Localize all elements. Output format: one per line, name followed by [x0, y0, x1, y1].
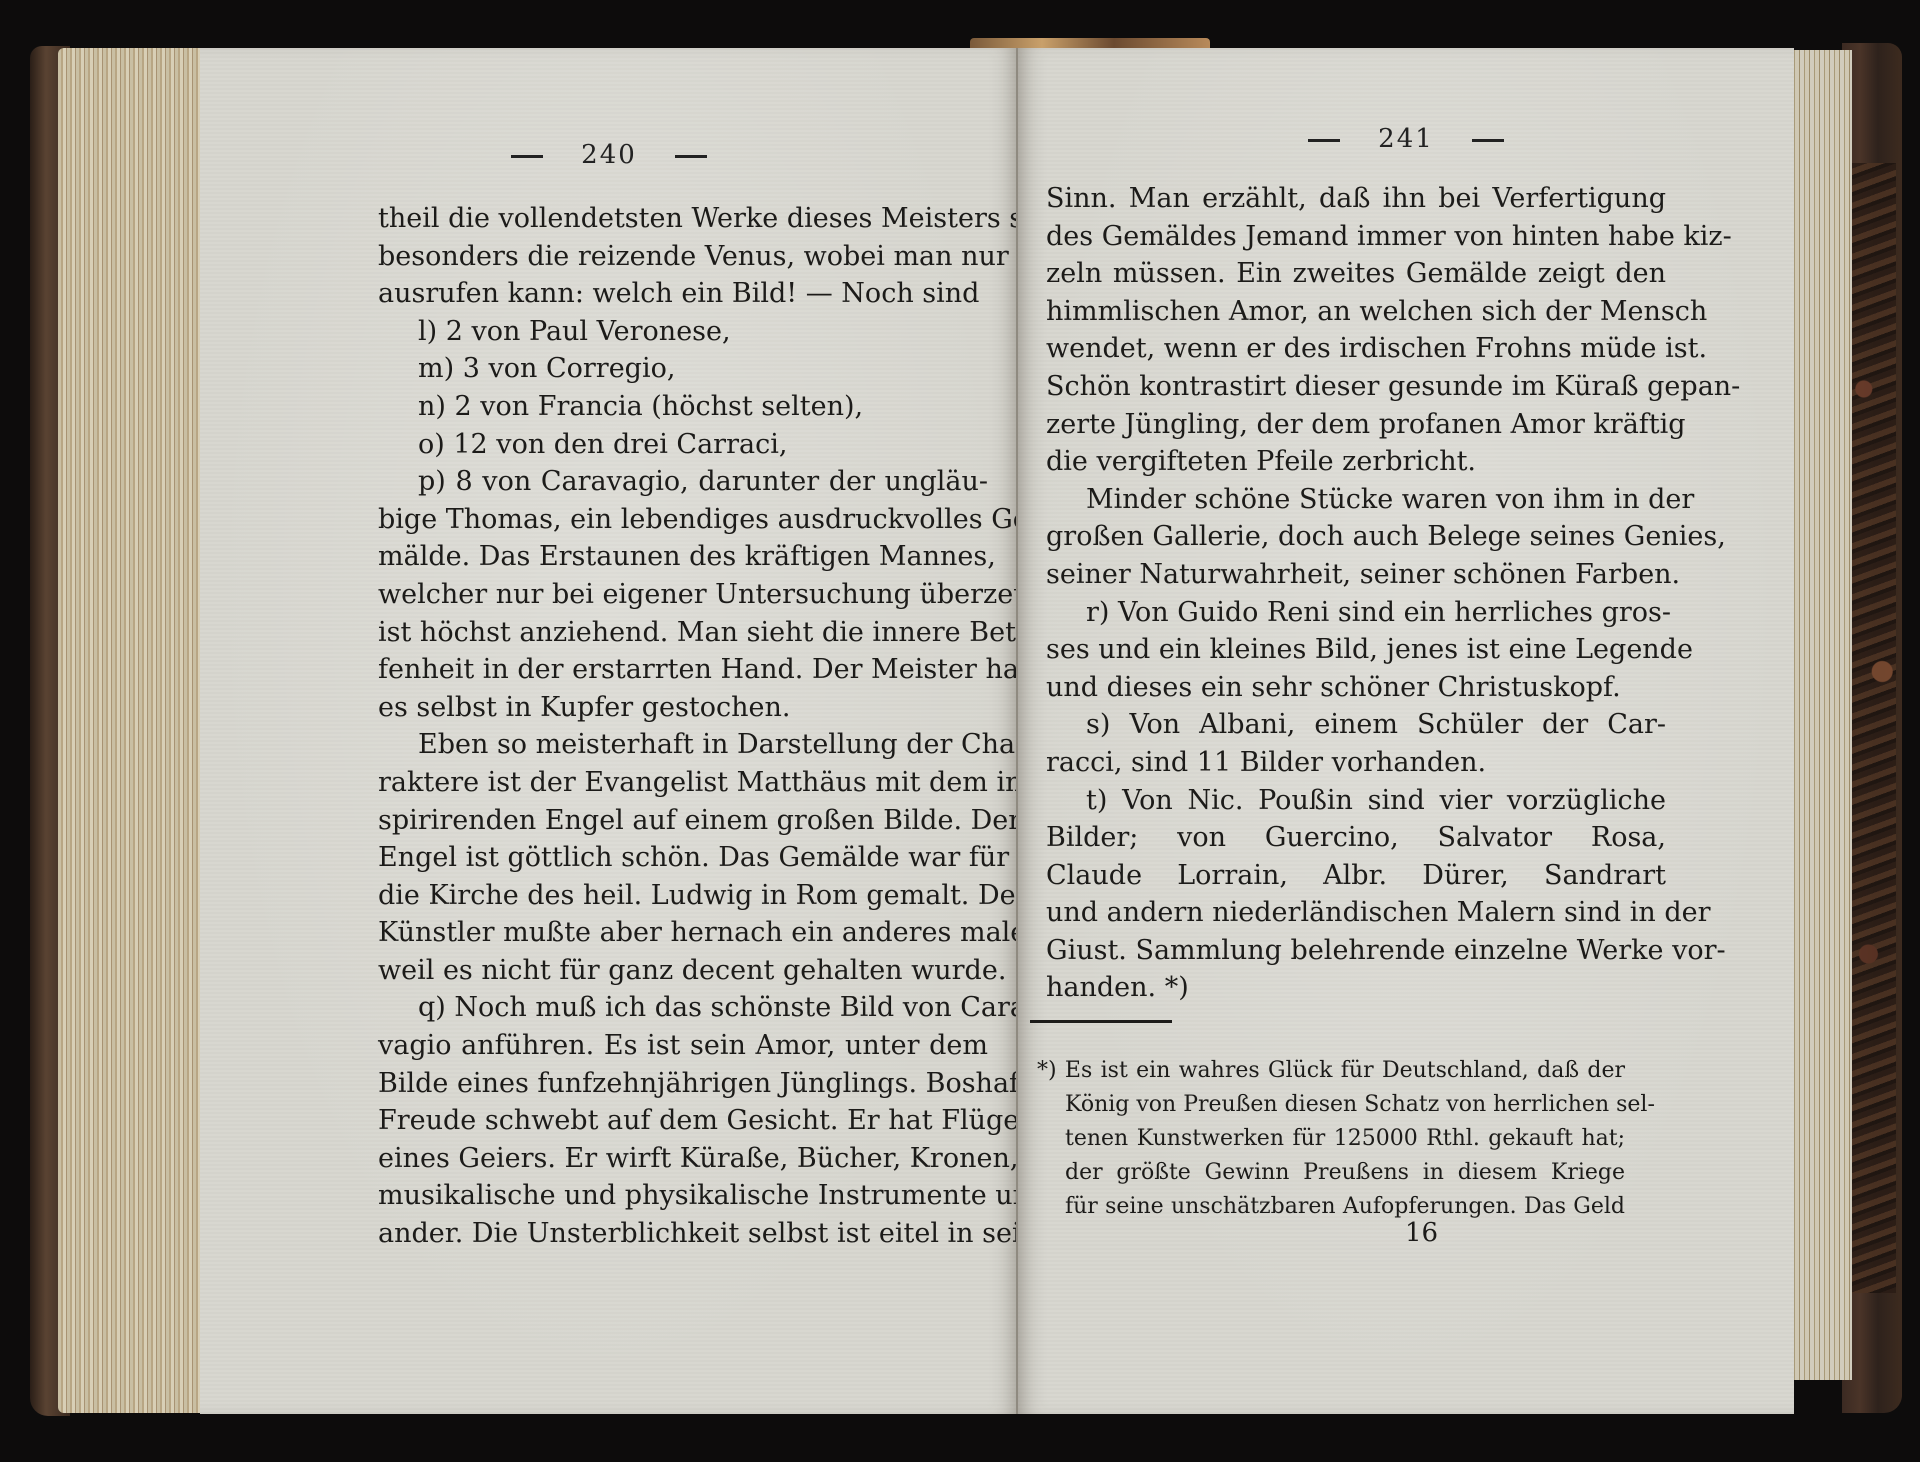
text-line: Künstler mußte aber hernach ein anderes … — [378, 914, 988, 952]
text-line: Claude Lorrain, Albr. Dürer, Sandrart — [1046, 857, 1666, 895]
text-line: Schön kontrastirt dieser gesunde im Küra… — [1046, 368, 1666, 406]
text-line: es selbst in Kupfer gestochen. — [378, 689, 988, 727]
list-item-r: r) Von Guido Reni sind ein herrliches gr… — [1046, 594, 1666, 632]
folio-dash — [511, 155, 543, 158]
text-line: Giust. Sammlung belehrende einzelne Werk… — [1046, 932, 1666, 970]
text-line: und andern niederländischen Malern sind … — [1046, 894, 1666, 932]
left-page-body: theil die vollendetsten Werke dieses Mei… — [378, 200, 988, 1253]
text-line: eines Geiers. Er wirft Küraße, Bücher, K… — [378, 1140, 988, 1178]
text-line: weil es nicht für ganz decent gehalten w… — [378, 952, 988, 990]
footnote-line: der größte Gewinn Preußens in diesem Kri… — [1037, 1156, 1625, 1190]
list-item-p: p) 8 von Caravagio, darunter der ungläu- — [378, 463, 988, 501]
footnote-rule — [1030, 1020, 1172, 1023]
signature-mark: 16 — [1405, 1218, 1438, 1248]
text-line: des Gemäldes Jemand immer von hinten hab… — [1046, 218, 1666, 256]
text-line: zeln müssen. Ein zweites Gemälde zeigt d… — [1046, 255, 1666, 293]
text-line: Engel ist göttlich schön. Das Gemälde wa… — [378, 839, 988, 877]
list-item-s: s) Von Albani, einem Schüler der Car- — [1046, 706, 1666, 744]
text-line: vagio anführen. Es ist sein Amor, unter … — [378, 1027, 988, 1065]
folio-dash — [1308, 139, 1340, 142]
text-line: handen. *) — [1046, 969, 1666, 1007]
text-line: die Kirche des heil. Ludwig in Rom gemal… — [378, 877, 988, 915]
text-line: Freude schwebt auf dem Gesicht. Er hat F… — [378, 1102, 988, 1140]
text-line: welcher nur bei eigener Untersuchung übe… — [378, 576, 988, 614]
text-line: wendet, wenn er des irdischen Frohns müd… — [1046, 330, 1666, 368]
folio-dash — [1472, 139, 1504, 142]
marbled-board — [1850, 163, 1896, 1293]
folio-dash — [675, 155, 707, 158]
text-line: ander. Die Unsterblichkeit selbst ist ei… — [378, 1215, 988, 1253]
page-number-right: 241 — [1018, 124, 1794, 154]
text-line: seiner Naturwahrheit, seiner schönen Far… — [1046, 556, 1666, 594]
footnote-line: tenen Kunstwerken für 125000 Rthl. gekau… — [1037, 1122, 1625, 1156]
left-page: 240 theil die vollendetsten Werke dieses… — [200, 48, 1018, 1414]
text-line: Bilder; von Guercino, Salvator Rosa, — [1046, 819, 1666, 857]
right-page-block-edge — [1790, 50, 1852, 1380]
page-number-left: 240 — [200, 140, 1018, 170]
text-line: racci, sind 11 Bilder vorhanden. — [1046, 744, 1666, 782]
list-item-m: m) 3 von Corregio, — [378, 350, 988, 388]
text-line: ses und ein kleines Bild, jenes ist eine… — [1046, 631, 1666, 669]
text-line: musikalische und physikalische Instrumen… — [378, 1177, 988, 1215]
text-line: theil die vollendetsten Werke dieses Mei… — [378, 200, 988, 238]
text-line: ausrufen kann: welch ein Bild! — Noch si… — [378, 275, 988, 313]
list-item-q: q) Noch muß ich das schönste Bild von Ca… — [378, 989, 988, 1027]
text-line: zerte Jüngling, der dem profanen Amor kr… — [1046, 406, 1666, 444]
text-line: Bilde eines funfzehnjährigen Jünglings. … — [378, 1065, 988, 1103]
footnote-line: König von Preußen diesen Schatz von herr… — [1037, 1088, 1625, 1122]
right-page-body: Sinn. Man erzählt, daß ihn bei Verfertig… — [1046, 180, 1666, 1007]
text-line: Sinn. Man erzählt, daß ihn bei Verfertig… — [1046, 180, 1666, 218]
footnote: *) Es ist ein wahres Glück für Deutschla… — [1037, 1054, 1625, 1224]
footnote-line: für seine unschätzbaren Aufopferungen. D… — [1037, 1190, 1625, 1224]
paragraph-start: Eben so meisterhaft in Darstellung der C… — [378, 726, 988, 764]
list-item-o: o) 12 von den drei Carraci, — [378, 426, 988, 464]
text-line: raktere ist der Evangelist Matthäus mit … — [378, 764, 988, 802]
text-line: besonders die reizende Venus, wobei man … — [378, 238, 988, 276]
footnote-line: *) Es ist ein wahres Glück für Deutschla… — [1037, 1054, 1625, 1088]
text-line: ist höchst anziehend. Man sieht die inne… — [378, 614, 988, 652]
text-line: großen Gallerie, doch auch Belege seines… — [1046, 518, 1666, 556]
text-line: die vergifteten Pfeile zerbricht. — [1046, 443, 1666, 481]
text-line: und dieses ein sehr schöner Christuskopf… — [1046, 669, 1666, 707]
text-line: spirirenden Engel auf einem großen Bilde… — [378, 802, 988, 840]
list-item-l: l) 2 von Paul Veronese, — [378, 313, 988, 351]
paragraph-start: Minder schöne Stücke waren von ihm in de… — [1046, 481, 1666, 519]
list-item-n: n) 2 von Francia (höchst selten), — [378, 388, 988, 426]
text-line: bige Thomas, ein lebendiges ausdruckvoll… — [378, 501, 988, 539]
text-line: himmlischen Amor, an welchen sich der Me… — [1046, 293, 1666, 331]
text-line: mälde. Das Erstaunen des kräftigen Manne… — [378, 538, 988, 576]
list-item-t: t) Von Nic. Poußin sind vier vorzügliche — [1046, 782, 1666, 820]
text-line: fenheit in der erstarrten Hand. Der Meis… — [378, 651, 988, 689]
